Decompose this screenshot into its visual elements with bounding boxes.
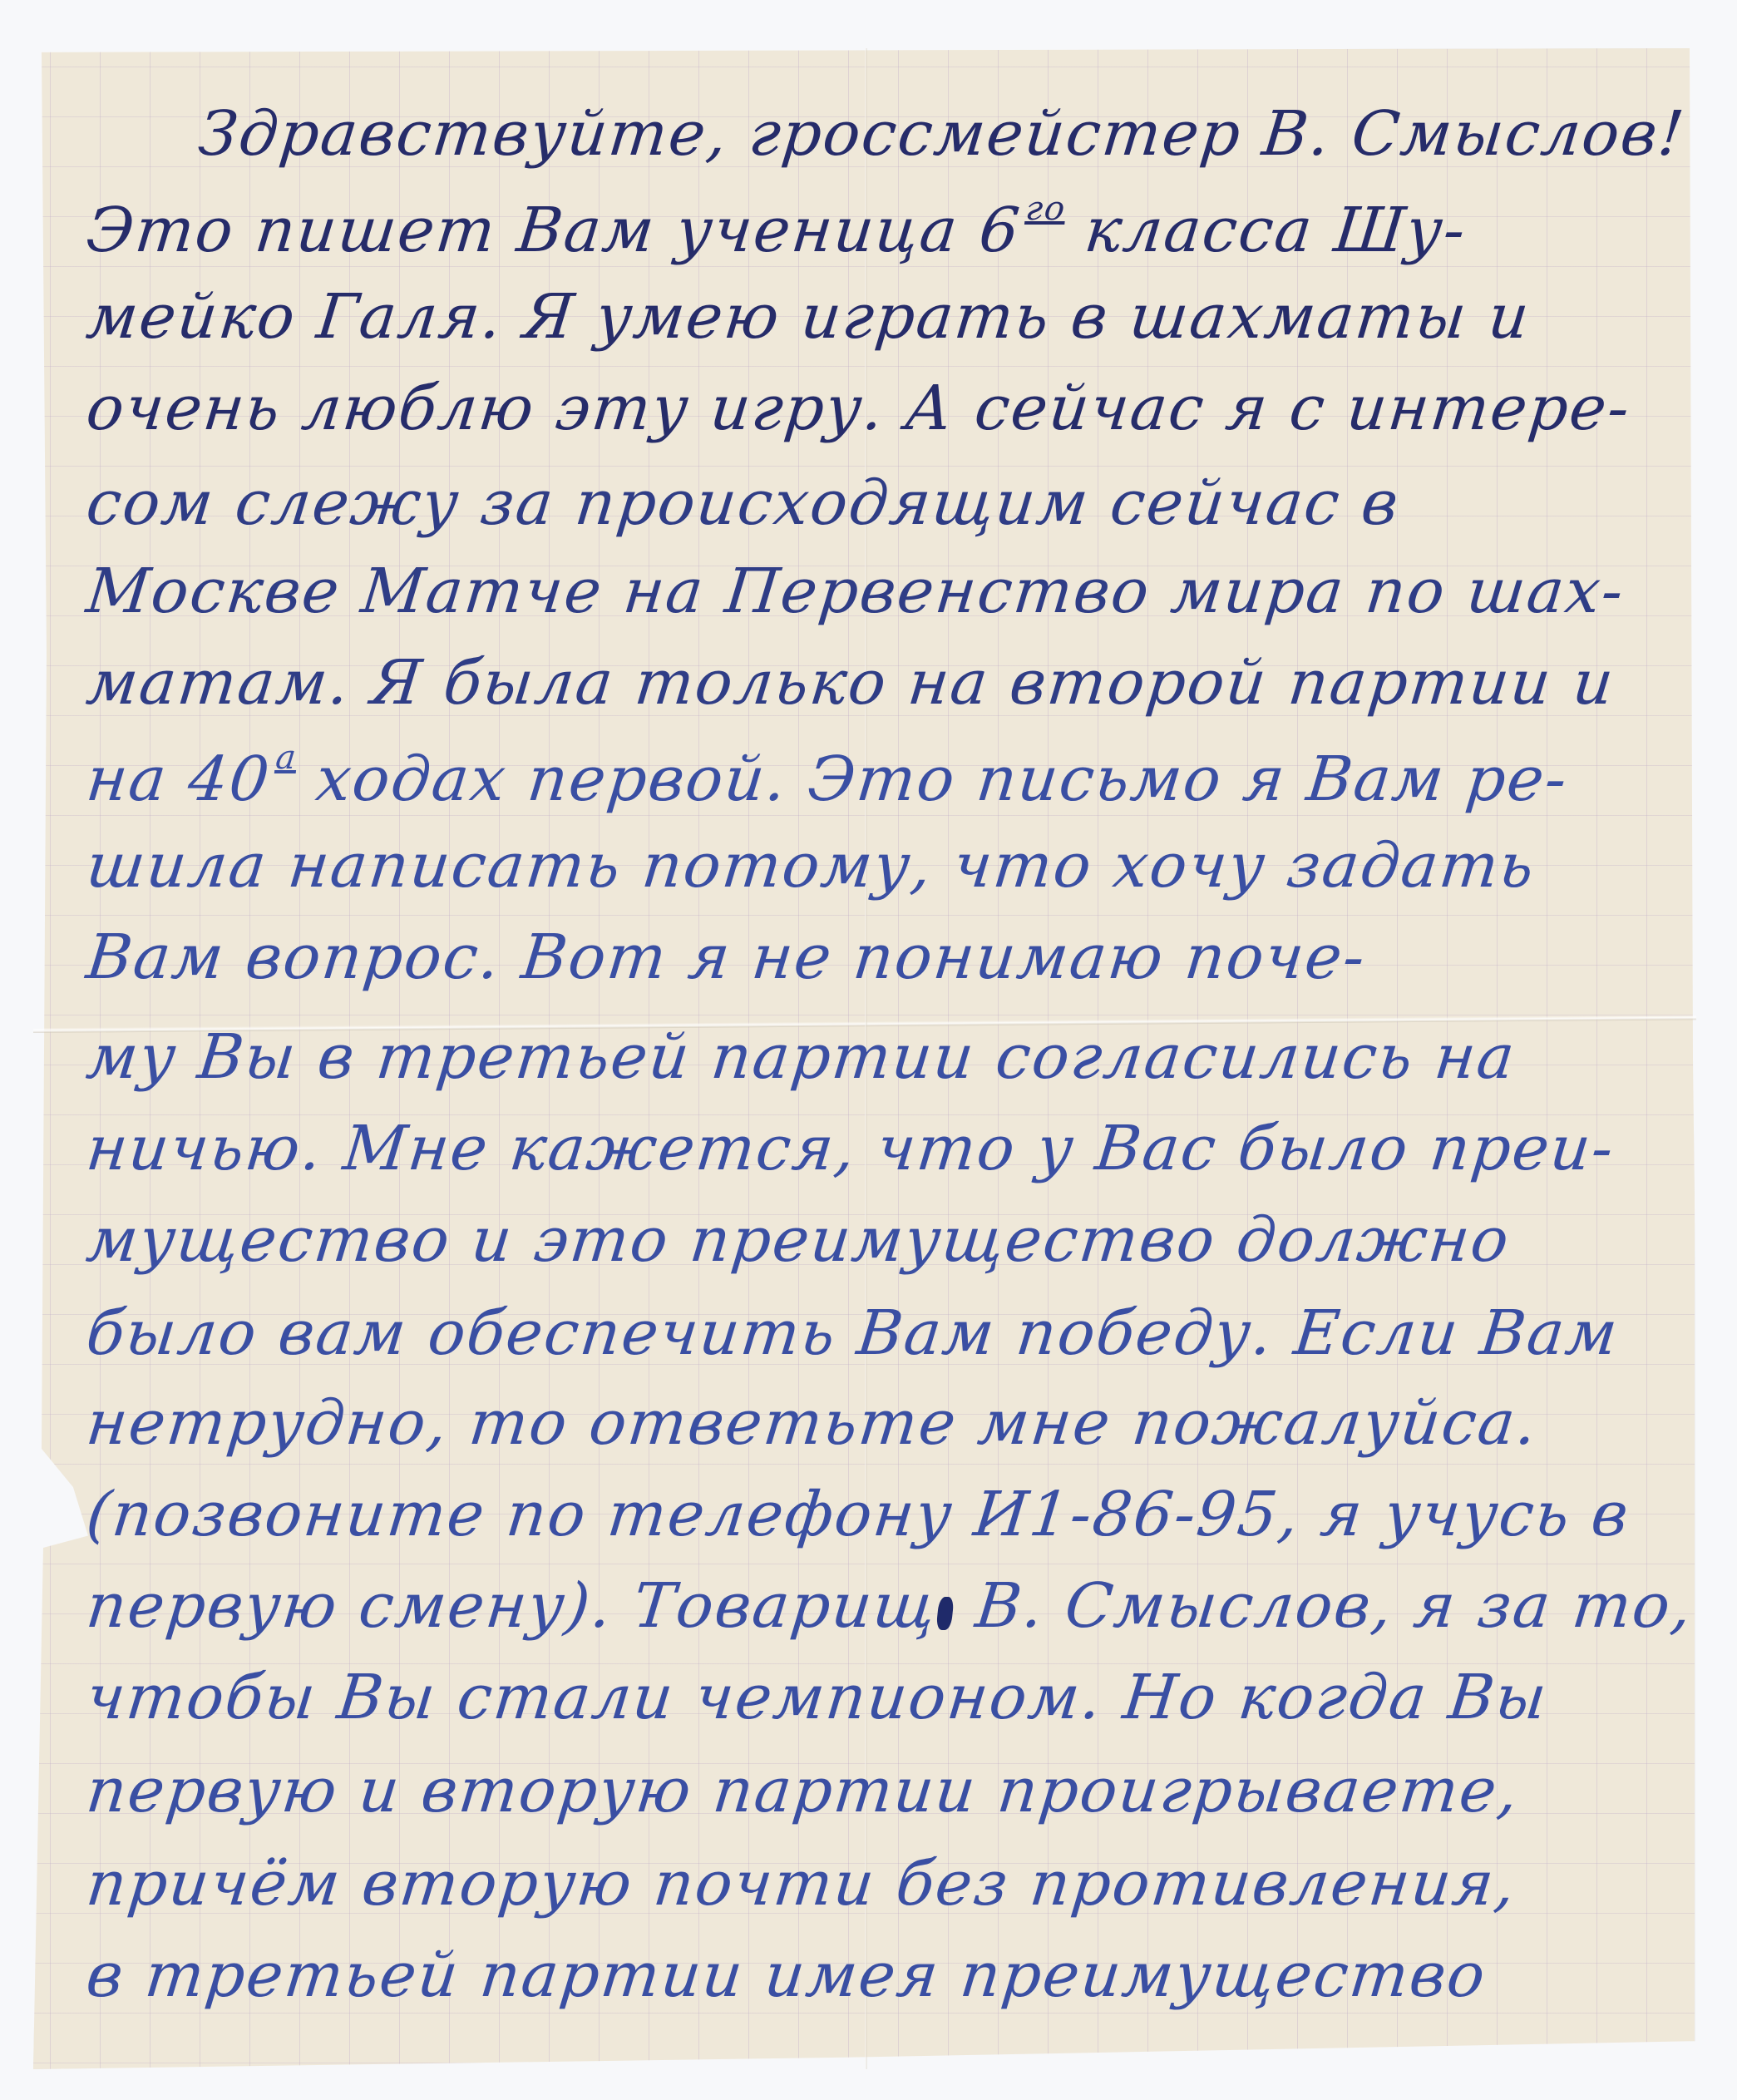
letter-line-18: чтобы Вы стали чемпионом. Но когда Вы bbox=[83, 1662, 1552, 1733]
letter-line-5: сом слежу за происходящим сейчас в bbox=[83, 467, 1403, 539]
line-text: очень люблю эту игру. А сейчас я с интер… bbox=[83, 373, 1634, 444]
letter-line-14: было вам обеспечить Вам победу. Если Вам bbox=[83, 1297, 1622, 1369]
line-text: сом слежу за происходящим сейчас в bbox=[83, 467, 1403, 539]
line-text: шила написать потому, что хочу задать bbox=[83, 830, 1539, 902]
letter-line-4: очень люблю эту игру. А сейчас я с интер… bbox=[83, 373, 1634, 444]
line-text: мущество и это преимущество должно bbox=[83, 1204, 1513, 1276]
line-text: на 40 bbox=[83, 744, 274, 815]
letter-line-1: Здравствуйте, гроссмейстер В. Смыслов! bbox=[195, 98, 1689, 170]
line-text: мейко Галя. Я умею играть в шахматы и bbox=[83, 281, 1534, 353]
line-text: первую смену). Товарищ bbox=[83, 1570, 940, 1642]
letter-line-6: Москве Матче на Первенство мира по шах- bbox=[83, 556, 1628, 627]
line-text: (позвоните по телефону И1-86-95, я учусь… bbox=[83, 1479, 1633, 1550]
line-text: Здравствуйте, гроссмейстер В. Смыслов! bbox=[195, 98, 1689, 170]
letter-line-3: мейко Галя. Я умею играть в шахматы и bbox=[83, 281, 1534, 353]
letter-line-12: ничью. Мне кажется, что у Вас было преи- bbox=[83, 1113, 1618, 1184]
letter-line-21: в третьей партии имея преимущество bbox=[83, 1939, 1490, 2011]
line-text-continued: класса Шу- bbox=[1060, 195, 1470, 266]
line-text: Вам вопрос. Вот я не понимаю поче- bbox=[83, 922, 1369, 993]
letter-line-11: му Вы в третьей партии согласились на bbox=[83, 1021, 1519, 1093]
letter-line-10: Вам вопрос. Вот я не понимаю поче- bbox=[83, 922, 1369, 993]
line-text: му Вы в третьей партии согласились на bbox=[83, 1021, 1519, 1093]
line-text: нетрудно, то ответьте мне пожалуйса. bbox=[83, 1387, 1542, 1459]
letter-line-9: шила написать потому, что хочу задать bbox=[83, 830, 1539, 902]
line-text: Это пишет Вам ученица 6 bbox=[83, 195, 1024, 266]
letter-line-19: первую и вторую партии проигрываете, bbox=[83, 1755, 1522, 1826]
line-text: Москве Матче на Первенство мира по шах- bbox=[83, 556, 1628, 627]
letter-line-16: (позвоните по телефону И1-86-95, я учусь… bbox=[83, 1479, 1633, 1550]
line-text-continued: В. Смыслов, я за то, bbox=[951, 1570, 1696, 1642]
line-text: причём вторую почти без противления, bbox=[83, 1848, 1520, 1920]
letter-line-17: первую смену). Товарищ В. Смыслов, я за … bbox=[83, 1570, 1696, 1642]
ink-blot bbox=[935, 1597, 954, 1630]
letter-line-7: матам. Я была только на второй партии и bbox=[83, 647, 1618, 719]
line-text: матам. Я была только на второй партии и bbox=[83, 647, 1618, 719]
line-text: первую и вторую партии проигрываете, bbox=[83, 1755, 1522, 1826]
line-text: в третьей партии имея преимущество bbox=[83, 1939, 1490, 2011]
superscript-ordinal: го bbox=[1024, 190, 1068, 228]
line-text-continued: ходах первой. Это письмо я Вам ре- bbox=[291, 744, 1572, 815]
letter-line-2: Это пишет Вам ученица 6го класса Шу- bbox=[83, 190, 1470, 266]
letter-line-15: нетрудно, то ответьте мне пожалуйса. bbox=[83, 1387, 1542, 1459]
line-text: чтобы Вы стали чемпионом. Но когда Вы bbox=[83, 1662, 1552, 1733]
line-text: ничью. Мне кажется, что у Вас было преи- bbox=[83, 1113, 1618, 1184]
line-text: было вам обеспечить Вам победу. Если Вам bbox=[83, 1297, 1622, 1369]
letter-line-13: мущество и это преимущество должно bbox=[83, 1204, 1513, 1276]
letter-line-8: на 40а ходах первой. Это письмо я Вам ре… bbox=[83, 739, 1572, 815]
letter-line-20: причём вторую почти без противления, bbox=[83, 1848, 1520, 1920]
